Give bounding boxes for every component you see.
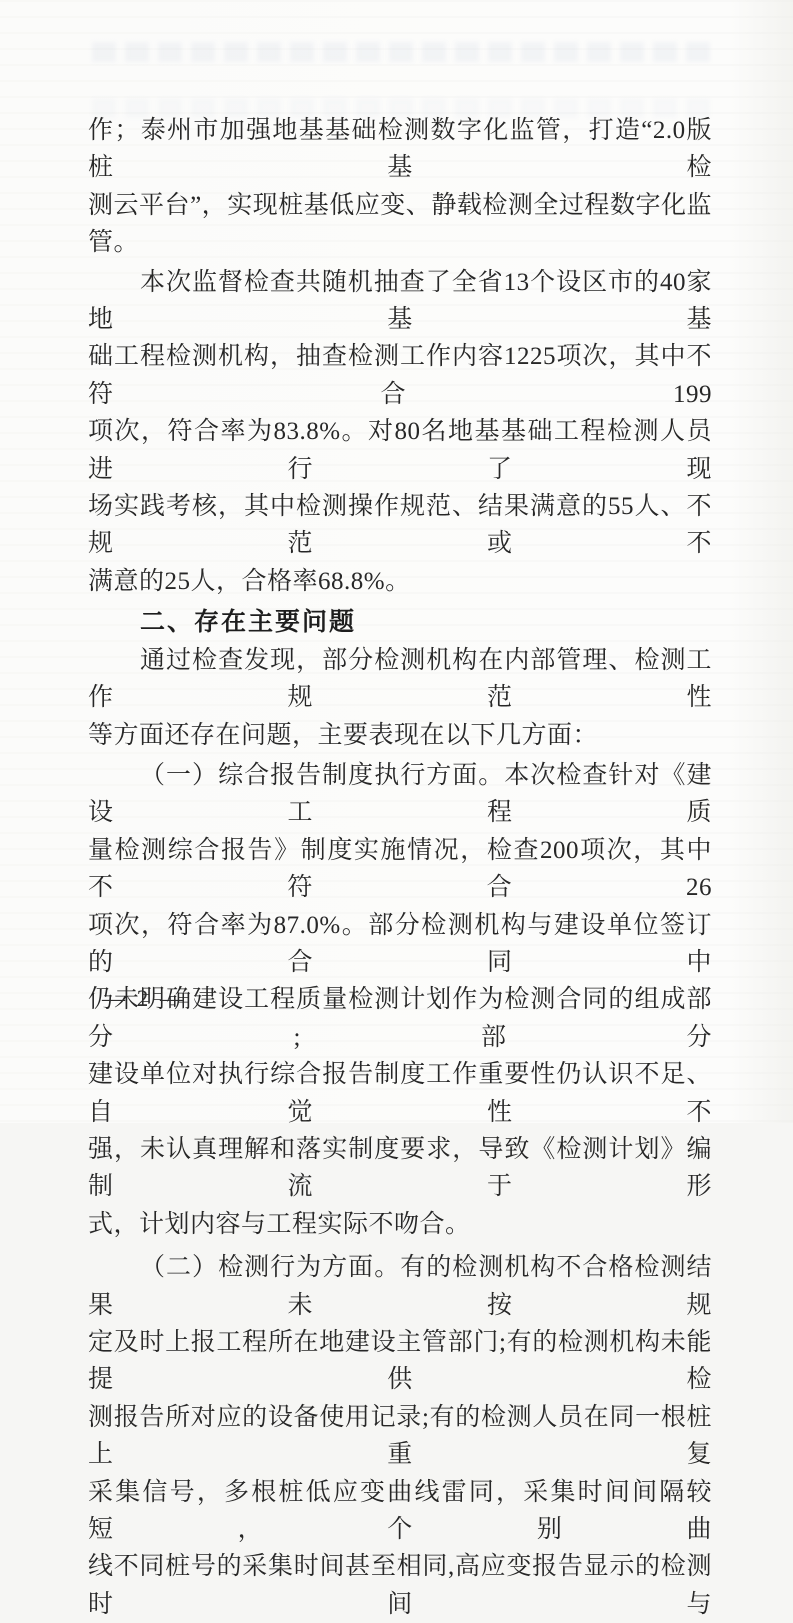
text-line: 等方面还存在问题，主要表现在以下几方面： — [88, 717, 712, 754]
text-line: （一）综合报告制度执行方面。本次检查针对《建设工程质 — [88, 757, 712, 832]
text-line: 作；泰州市加强地基基础检测数字化监管，打造“2.0版桩基检 — [88, 112, 712, 187]
scanned-document-page: 作；泰州市加强地基基础检测数字化监管，打造“2.0版桩基检测云平台”，实现桩基低… — [0, 0, 793, 1123]
text-line: 础工程检测机构，抽查检测工作内容1225项次，其中不符合199 — [88, 338, 712, 413]
text-line: 本次监督检查共随机抽查了全省13个设区市的40家地基基 — [88, 264, 712, 339]
page-number: — 2 — — [102, 986, 186, 1012]
text-line: 量检测综合报告》制度实施情况，检查200项次，其中不符合26 — [88, 832, 712, 907]
bleed-through-artifact — [92, 42, 715, 62]
text-line: 测云平台”，实现桩基低应变、静载检测全过程数字化监管。 — [88, 187, 712, 262]
text-line: 建设单位对执行综合报告制度工作重要性仍认识不足、自觉性不 — [88, 1056, 712, 1123]
section-heading: 二、存在主要问题 — [88, 604, 712, 641]
text-line: 项次，符合率为83.8%。对80名地基基础工程检测人员进行了现 — [88, 413, 712, 488]
text-line: 满意的25人，合格率68.8%。 — [88, 563, 712, 600]
text-line: 项次，符合率为87.0%。部分检测机构与建设单位签订的合同中 — [88, 907, 712, 982]
document-body: 作；泰州市加强地基基础检测数字化监管，打造“2.0版桩基检测云平台”，实现桩基低… — [88, 112, 712, 1123]
text-line: 通过检查发现，部分检测机构在内部管理、检测工作规范性 — [88, 642, 712, 717]
text-line: 场实践考核，其中检测操作规范、结果满意的55人、不规范或不 — [88, 488, 712, 563]
